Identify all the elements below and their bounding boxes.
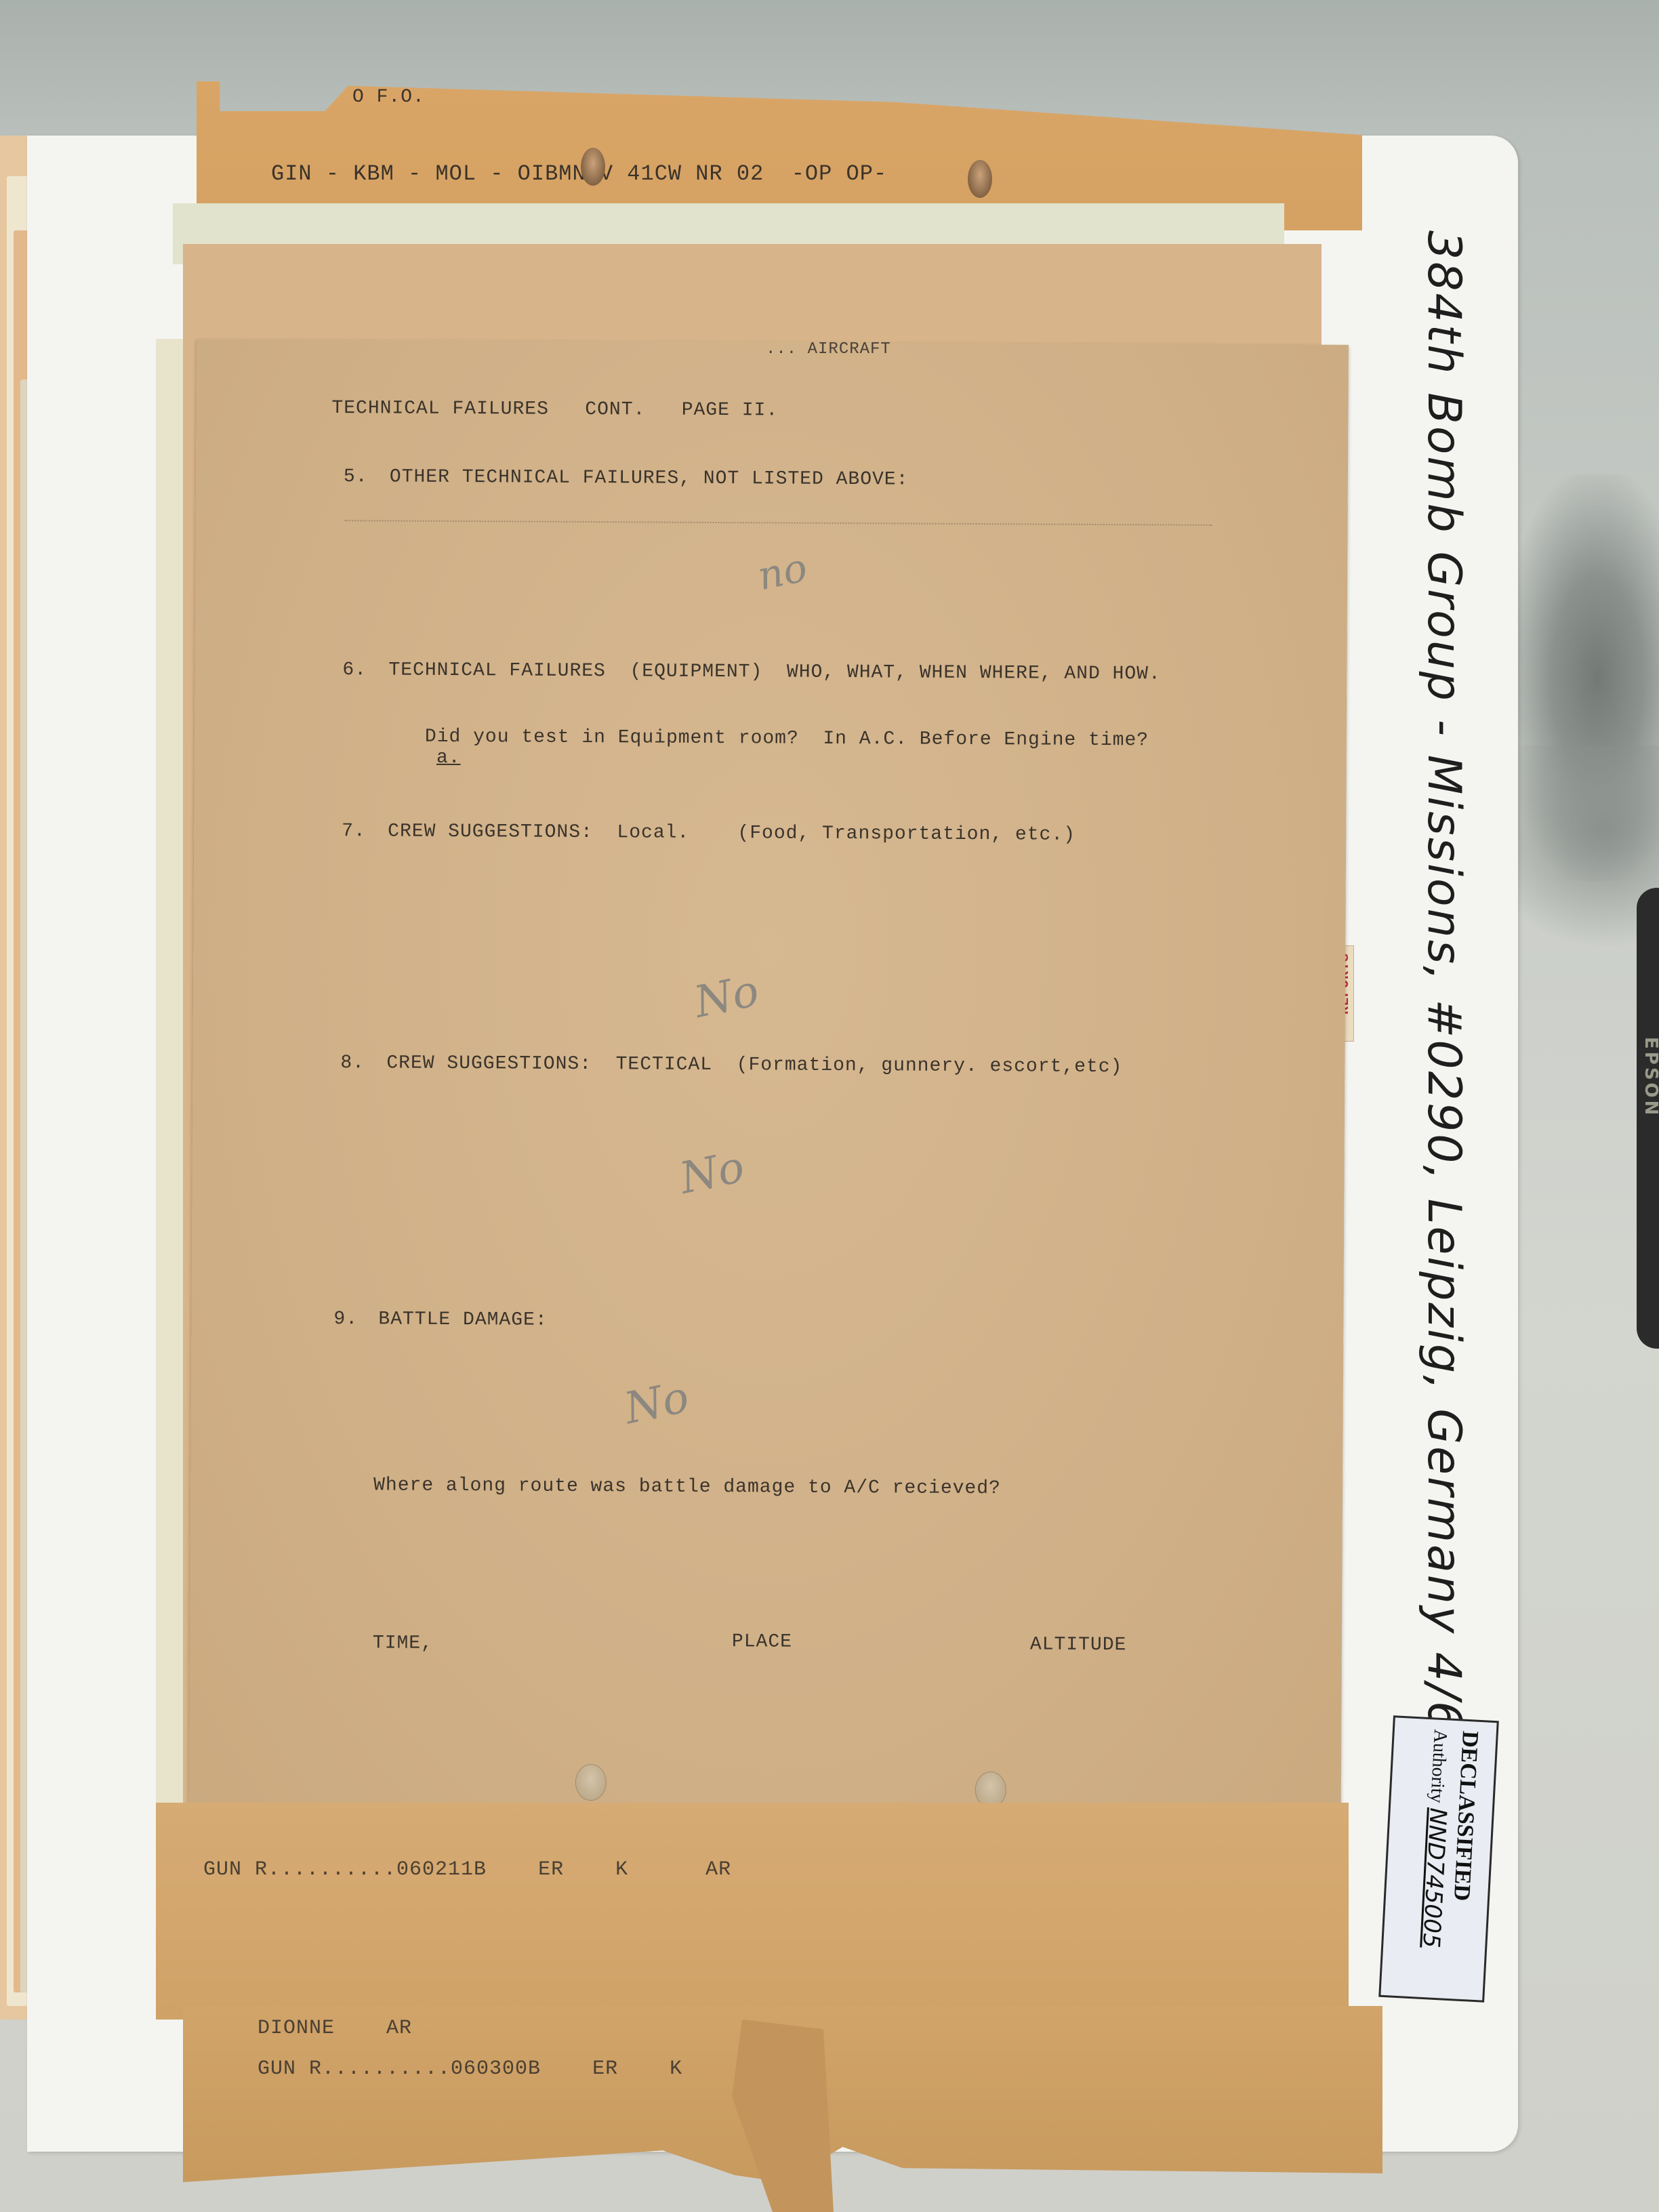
item-number: 9. <box>333 1309 358 1330</box>
answer-line <box>345 520 1212 526</box>
form-header: TECHNICAL FAILURES CONT. PAGE II. <box>331 398 778 421</box>
sub-item-text: Did you test in Equipment room? In A.C. … <box>425 726 1149 752</box>
item-number: 7. <box>342 821 366 842</box>
column-place: PLACE <box>732 1631 792 1652</box>
item-label: CREW SUGGESTIONS: Local. (Food, Transpor… <box>388 821 1076 845</box>
item-label: TECHNICAL FAILURES (EQUIPMENT) WHO, WHAT… <box>388 659 1161 684</box>
envelope-bottom-1: GUN R..........060211B ER K AR <box>156 1803 1349 2020</box>
punch-hole-icon <box>968 160 992 198</box>
envelope-name-line: DIONNE AR <box>258 2017 412 2040</box>
column-altitude: ALTITUDE <box>1030 1634 1127 1656</box>
item-label: BATTLE DAMAGE: <box>378 1309 547 1330</box>
item-number: 5. <box>344 466 368 487</box>
battle-damage-question: Where along route was battle damage to A… <box>373 1475 1001 1499</box>
envelope-header-line: GIN - KBM - MOL - OIBMN V 41CW NR 02 -OP… <box>271 161 887 186</box>
envelope-line-1: GUN R..........060211B ER K AR <box>203 1858 731 1881</box>
folder-spine-label: 384th Bomb Group - Missions, #0290, Leip… <box>1389 230 1484 1518</box>
envelope-line-3: GUN R..........060300B ER K AR <box>258 2057 773 2081</box>
handwritten-answer: No <box>676 1142 749 1204</box>
stamp-authority-label: Authority <box>1426 1729 1451 1803</box>
device-label: EPSON <box>1641 1037 1659 1118</box>
handwritten-answer: No <box>690 966 763 1028</box>
form-page: TECHNICAL FAILURES CONT. PAGE II. 5. OTH… <box>188 339 1349 1860</box>
punch-hole-icon <box>575 1764 607 1801</box>
envelope-top-fragment: O F.O. <box>352 87 425 108</box>
item-number: 8. <box>340 1052 365 1073</box>
handwritten-answer: no <box>754 544 811 599</box>
scanner-device: EPSON <box>1637 888 1659 1349</box>
torn-envelope-flap <box>732 2020 834 2212</box>
column-time: TIME, <box>373 1633 433 1654</box>
spine-handwritten-text: 384th Bomb Group - Missions, #0290, Leip… <box>1417 230 1471 1813</box>
sub-item-letter-text: a. <box>436 747 461 769</box>
item-label: OTHER TECHNICAL FAILURES, NOT LISTED ABO… <box>390 466 909 490</box>
partial-header-behind: ... AIRCRAFT <box>766 340 891 359</box>
declassified-stamp: DECLASSIFIED Authority NND745005 <box>1378 1715 1499 2003</box>
item-number: 6. <box>342 659 367 680</box>
item-label: CREW SUGGESTIONS: TECTICAL (Formation, g… <box>386 1052 1122 1078</box>
handwritten-answer: No <box>620 1372 693 1435</box>
punch-hole-icon <box>581 148 605 186</box>
